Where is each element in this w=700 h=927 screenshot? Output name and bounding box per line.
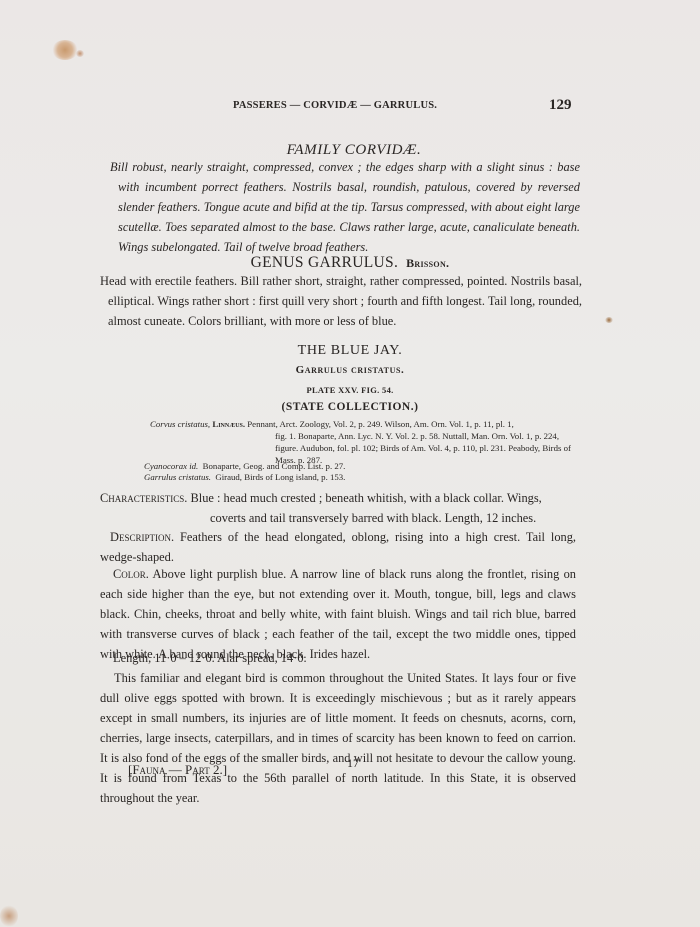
sheet-number: 17 [347,756,359,771]
color-text: Above light purplish blue. A narrow line… [100,567,576,661]
characteristics-line2: coverts and tail transversely barred wit… [100,508,576,528]
synonym-references: Giraud, Birds of Long island, p. 153. [215,472,345,482]
foxing-stain [52,40,78,60]
description-section: Description. Feathers of the head elonga… [100,527,576,567]
plate-reference: PLATE XXV. FIG. 54. [0,385,700,395]
genus-authority: Brisson. [406,256,449,270]
species-common-name: THE BLUE JAY. [0,343,700,359]
measurements: Length, 11·0 – 12·0. Alar spread, 14·0. [113,648,307,668]
narrative: This familiar and elegant bird is common… [100,668,576,808]
signature-mark: [Fauna — Part 2.] [128,762,227,778]
synonymy-entry: Garrulus cristatus. Giraud, Birds of Lon… [144,471,345,483]
book-page: PASSERES — CORVIDÆ — GARRULUS. 129 FAMIL… [0,0,700,927]
page-number: 129 [549,97,572,114]
running-head: PASSERES — CORVIDÆ — GARRULUS. [233,100,437,111]
description-label: Description. [110,530,174,544]
synonym-references-cont: fig. 1. Bonaparte, Ann. Lyc. N. Y. Vol. … [150,430,590,442]
genus-name: GENUS GARRULUS. [251,254,398,271]
synonym-name: Cyanocorax id. [144,461,198,471]
color-label: Color. [113,567,149,581]
family-description: Bill robust, nearly straight, compressed… [110,157,580,257]
foxing-stain [76,50,84,57]
characteristics: Characteristics. Blue : head much creste… [100,488,576,528]
genus-title: GENUS GARRULUS.Brisson. [0,254,700,272]
characteristics-label: Characteristics. [100,491,187,505]
species-scientific-name: Garrulus cristatus. [0,364,700,376]
characteristics-line1: Blue : head much crested ; beneath whiti… [190,491,541,505]
synonym-name: Garrulus cristatus. [144,472,211,482]
synonym-references-cont: figure. Audubon, fol. pl. 102; Birds of … [150,442,590,454]
synonym-authority: Linnæus. [212,419,245,429]
synonymy-entry: Corvus cristatus, Linnæus. Pennant, Arct… [150,418,590,466]
synonym-references: Bonaparte, Geog. and Comp. List. p. 27. [203,461,346,471]
foxing-stain [0,905,18,927]
foxing-stain [605,317,613,323]
genus-description: Head with erectile feathers. Bill rather… [100,271,582,331]
synonym-references: Pennant, Arct. Zoology, Vol. 2, p. 249. … [247,419,514,429]
synonym-name: Corvus cristatus, [150,419,210,429]
collection-note: (STATE COLLECTION.) [0,401,700,413]
